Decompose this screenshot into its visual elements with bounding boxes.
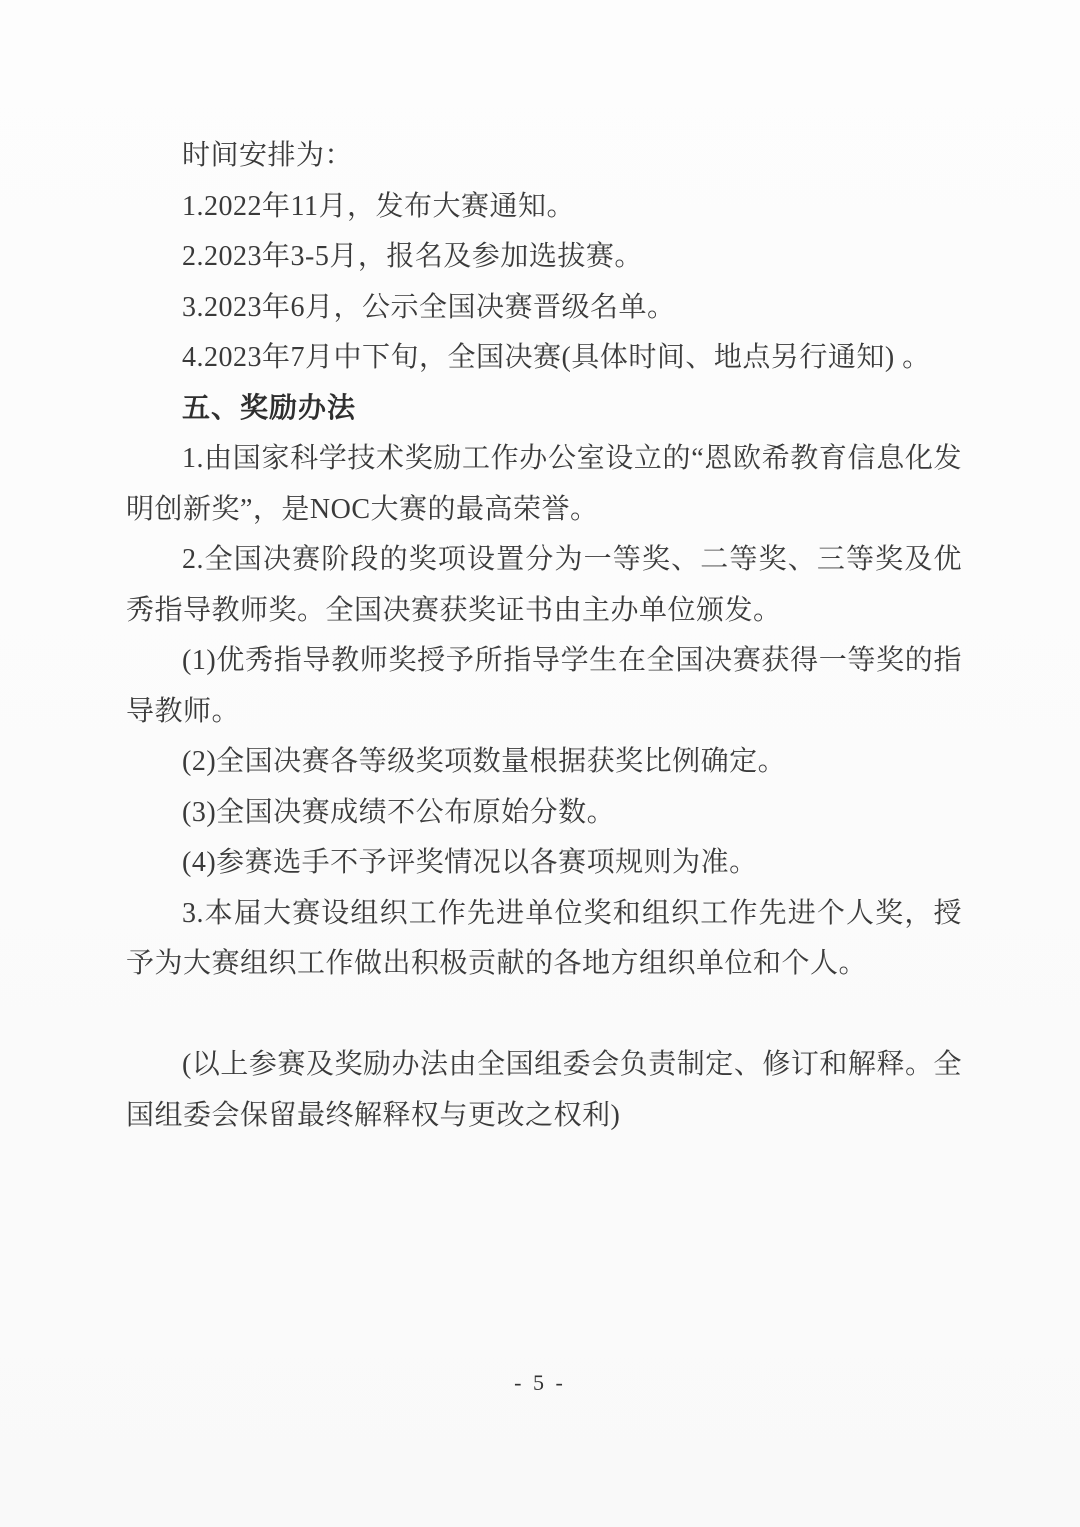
paragraph-schedule-item-3: 3.2023年6月，公示全国决赛晋级名单。 [126, 283, 962, 334]
paragraph-schedule-item-4: 4.2023年7月中下旬，全国决赛(具体时间、地点另行通知) 。 [126, 333, 962, 384]
section-heading-awards: 五、奖励办法 [126, 384, 962, 435]
document-body: 时间安排为： 1.2022年11月，发布大赛通知。 2.2023年3-5月，报名… [126, 131, 962, 1141]
paragraph-schedule-item-2: 2.2023年3-5月，报名及参加选拔赛。 [126, 232, 962, 283]
paragraph-award-note-2: (2)全国决赛各等级奖项数量根据获奖比例确定。 [126, 737, 962, 788]
page-number: - 5 - [0, 1368, 1080, 1398]
paragraph-award-2: 2.全国决赛阶段的奖项设置分为一等奖、二等奖、三等奖及优秀指导教师奖。全国决赛获… [126, 535, 962, 636]
paragraph-closing-note: (以上参赛及奖励办法由全国组委会负责制定、修订和解释。全国组委会保留最终解释权与… [126, 1040, 962, 1141]
blank-line [126, 990, 962, 1041]
paragraph-schedule-intro: 时间安排为： [126, 131, 962, 182]
paragraph-award-note-3: (3)全国决赛成绩不公布原始分数。 [126, 788, 962, 839]
paragraph-award-3: 3.本届大赛设组织工作先进单位奖和组织工作先进个人奖，授予为大赛组织工作做出积极… [126, 889, 962, 990]
paragraph-schedule-item-1: 1.2022年11月，发布大赛通知。 [126, 182, 962, 233]
document-page: 时间安排为： 1.2022年11月，发布大赛通知。 2.2023年3-5月，报名… [0, 0, 1080, 1527]
paragraph-award-1: 1.由国家科学技术奖励工作办公室设立的“恩欧希教育信息化发明创新奖”，是NOC大… [126, 434, 962, 535]
paragraph-award-note-1: (1)优秀指导教师奖授予所指导学生在全国决赛获得一等奖的指导教师。 [126, 636, 962, 737]
paragraph-award-note-4: (4)参赛选手不予评奖情况以各赛项规则为准。 [126, 838, 962, 889]
